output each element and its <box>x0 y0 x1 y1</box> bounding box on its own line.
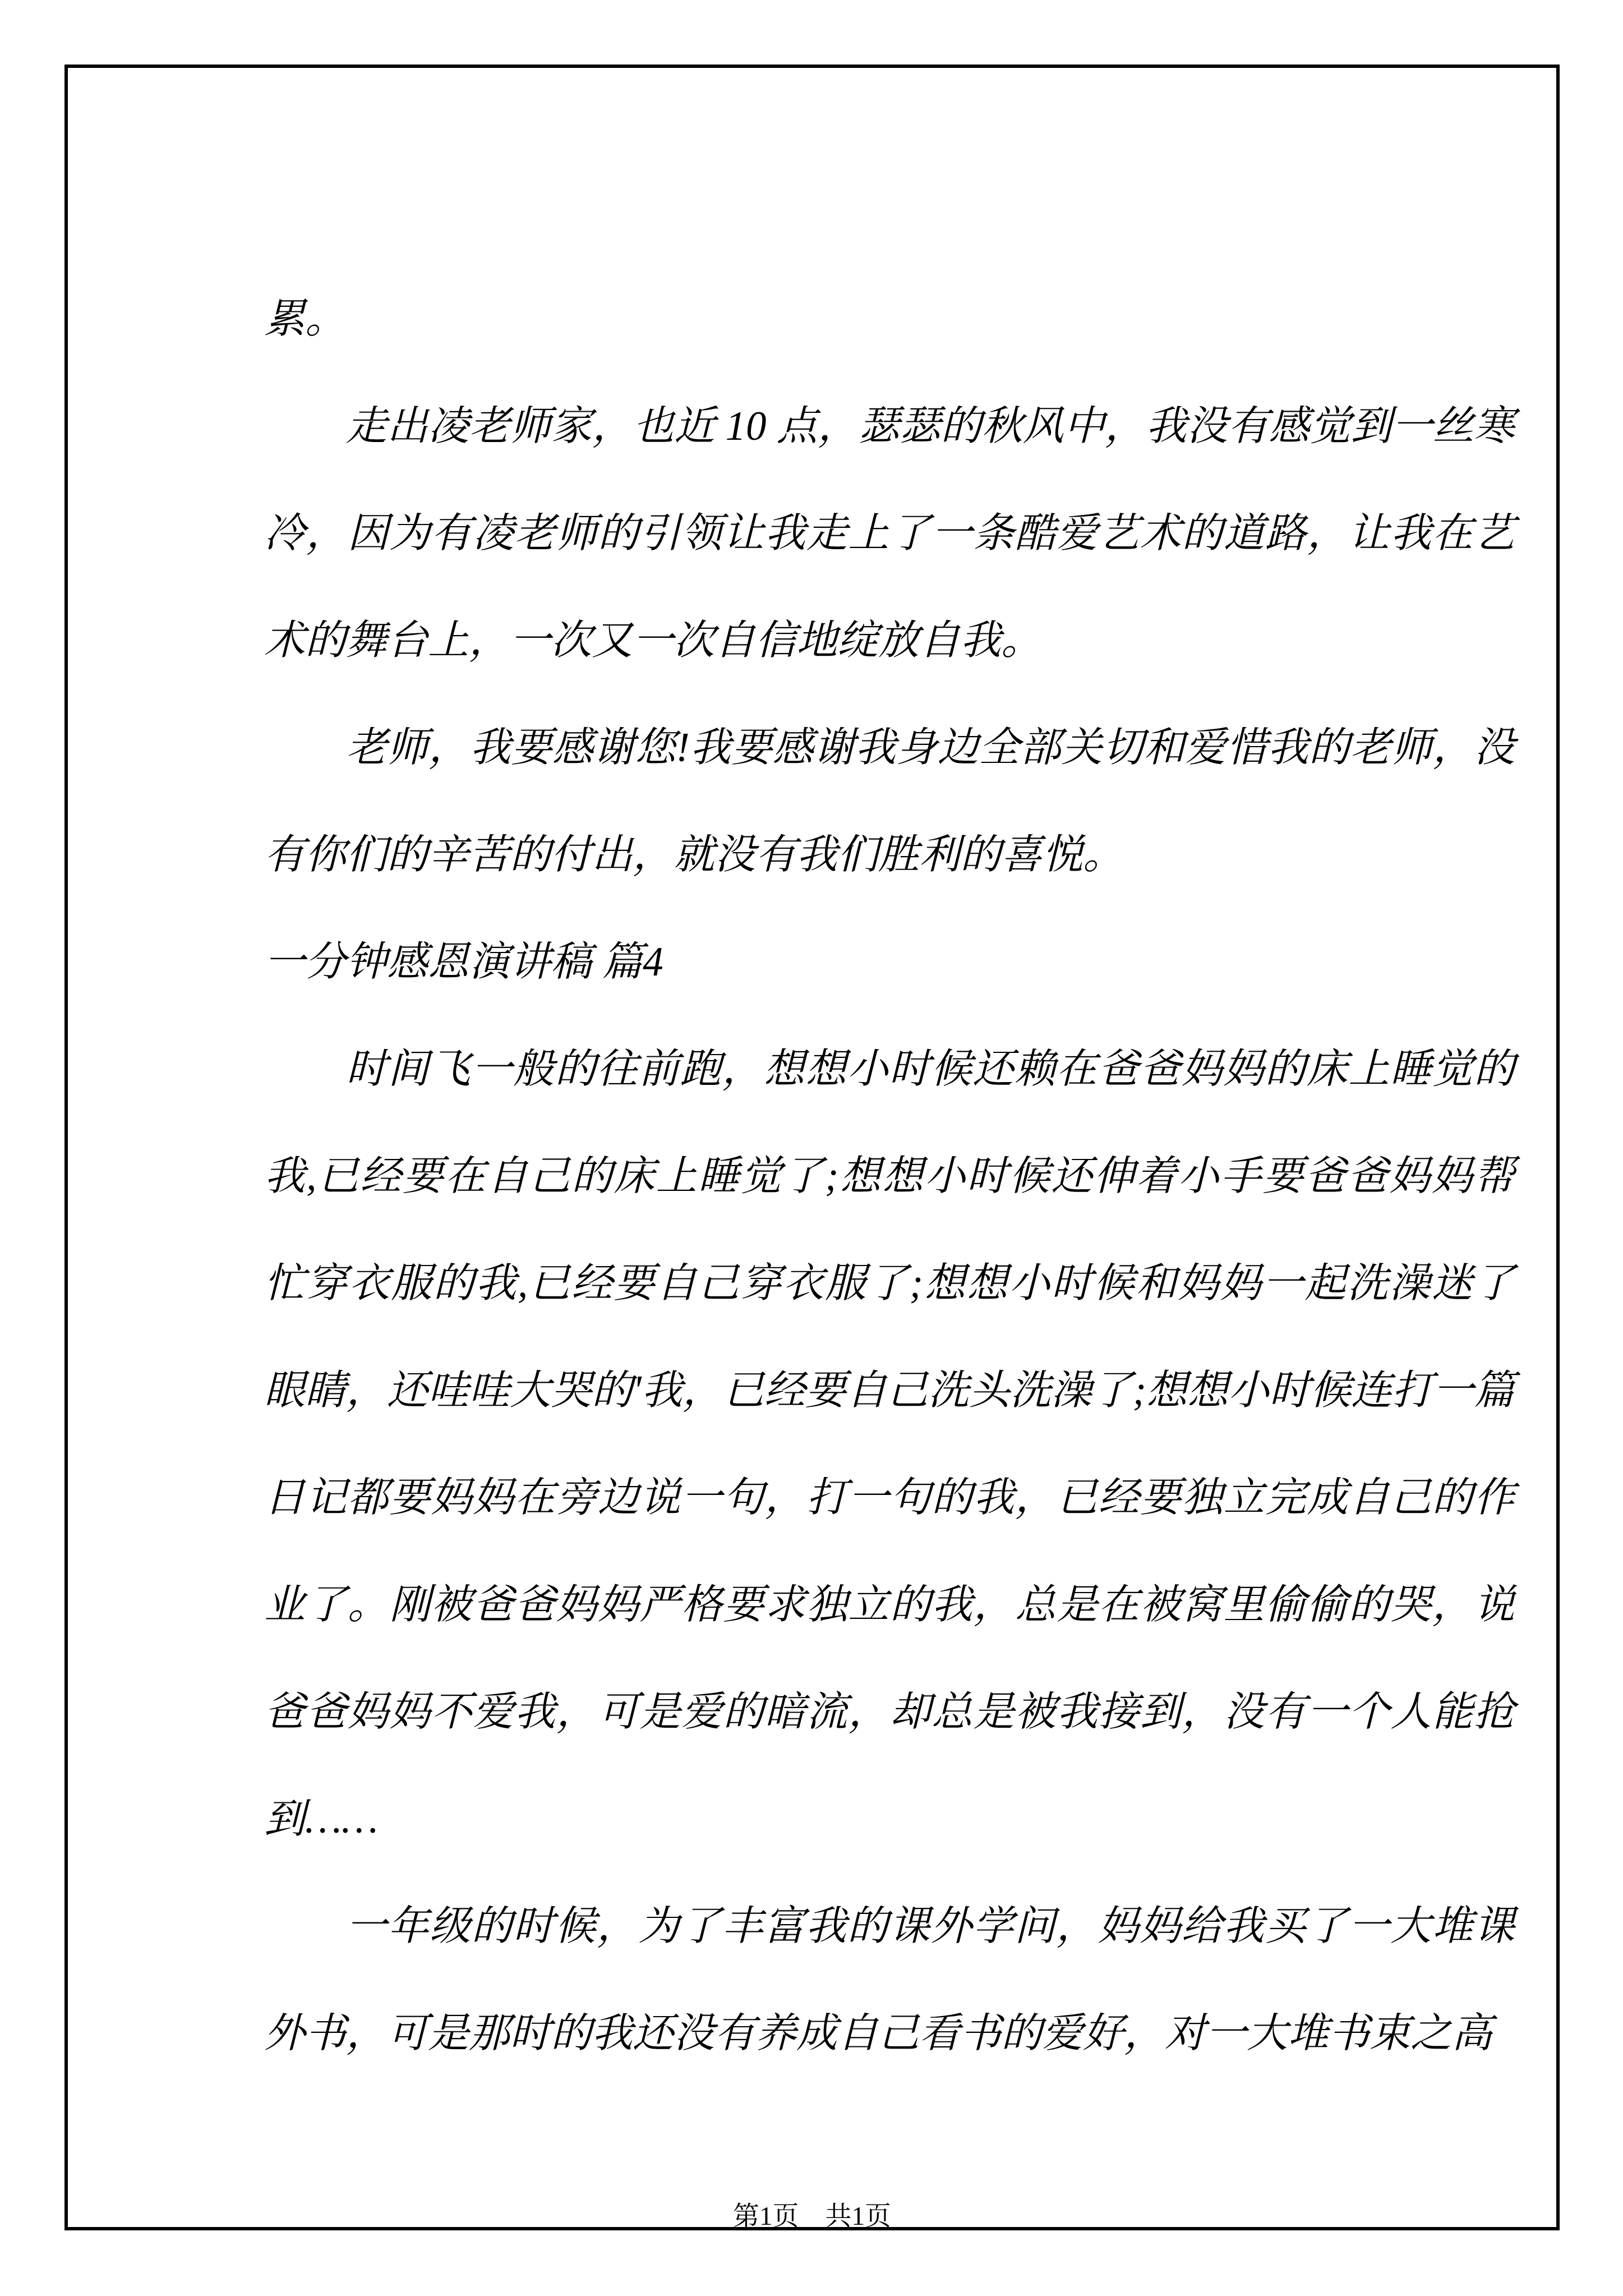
paragraph: 时间飞一般的往前跑，想想小时候还赖在爸爸妈妈的床上睡觉的我,已经要在自己的床上睡… <box>264 1015 1515 1872</box>
document-page: 累。 走出凌老师家，也近 10 点，瑟瑟的秋风中，我没有感觉到一丝寒冷，因为有凌… <box>0 0 1623 2296</box>
document-body: 累。 走出凌老师家，也近 10 点，瑟瑟的秋风中，我没有感觉到一丝寒冷，因为有凌… <box>264 265 1515 2087</box>
page-number-indicator: 第1页 共1页 <box>733 2202 891 2231</box>
paragraph: 一年级的时候，为了丰富我的课外学问，妈妈给我买了一大堆课外书，可是那时的我还没有… <box>264 1872 1515 2087</box>
section-title: 一分钟感恩演讲稿 篇4 <box>264 908 1515 1015</box>
paragraph: 走出凌老师家，也近 10 点，瑟瑟的秋风中，我没有感觉到一丝寒冷，因为有凌老师的… <box>264 372 1515 694</box>
page-footer: 第1页 共1页 <box>68 2200 1556 2233</box>
paragraph-continuation: 累。 <box>264 265 1515 372</box>
page-border-frame: 累。 走出凌老师家，也近 10 点，瑟瑟的秋风中，我没有感觉到一丝寒冷，因为有凌… <box>64 65 1560 2230</box>
paragraph: 老师，我要感谢您!我要感谢我身边全部关切和爱惜我的老师，没有你们的辛苦的付出，就… <box>264 694 1515 908</box>
